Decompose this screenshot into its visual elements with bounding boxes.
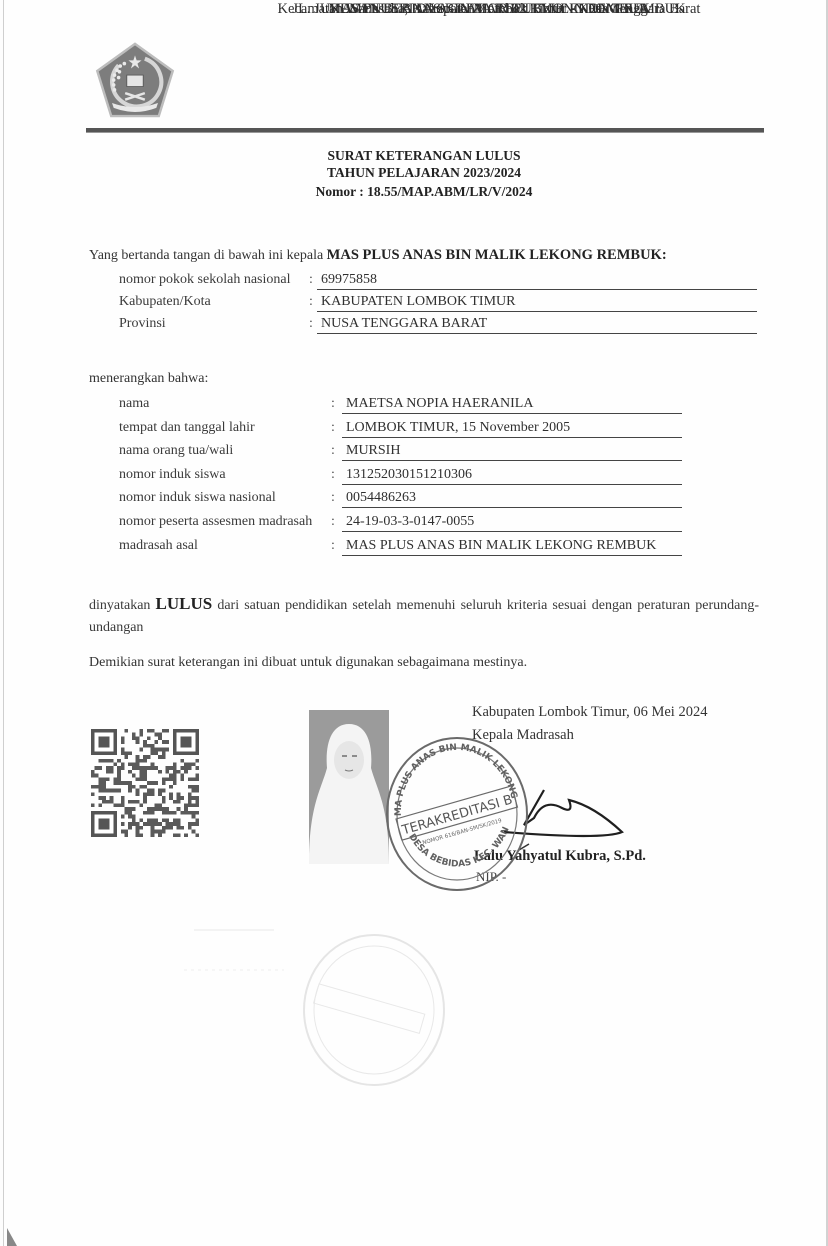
field-value: 24-19-03-3-0147-0055 [342, 514, 474, 530]
field-label: nama orang tua/wali [119, 443, 233, 459]
intro-school-name: MAS PLUS ANAS BIN MALIK LEKONG REMBUK: [327, 247, 667, 263]
field-label: Kabupaten/Kota [119, 294, 211, 310]
document-title: SURAT KETERANGAN LULUS [244, 148, 604, 164]
certificate-page: KEMENTERIAN AGAMA REPUBLIK INDONESIA MAS… [3, 0, 828, 1246]
field-value: 69975858 [317, 272, 377, 288]
academic-year: TAHUN PELAJARAN 2023/2024 [244, 165, 604, 181]
school-region: Kecamatan Wanasaba, Kabupaten Lombok Tim… [234, 0, 744, 19]
field-value: MURSIH [342, 443, 400, 459]
field-label: Provinsi [119, 316, 166, 332]
graduation-status: LULUS [156, 594, 213, 613]
field-colon: : [309, 294, 313, 310]
field-underline [342, 507, 682, 508]
field-underline [342, 555, 682, 556]
closing-statement: Demikian surat keterangan ini dibuat unt… [89, 654, 527, 672]
field-underline [342, 531, 682, 532]
field-label: madrasah asal [119, 538, 198, 554]
field-label: nomor peserta assesmen madrasah [119, 514, 312, 530]
student-intro: menerangkan bahwa: [89, 370, 208, 388]
ministry-emblem-icon [94, 40, 176, 120]
document-number: Nomor : 18.55/MAP.ABM/LR/V/2024 [244, 184, 604, 200]
field-label: nomor induk siswa nasional [119, 490, 276, 506]
field-label: nama [119, 396, 149, 412]
field-colon: : [309, 272, 313, 288]
student-portrait-icon [309, 710, 389, 864]
field-underline [317, 289, 757, 290]
field-value: NUSA TENGGARA BARAT [317, 316, 487, 332]
field-value: LOMBOK TIMUR, 15 November 2005 [342, 420, 570, 436]
field-label: tempat dan tanggal lahir [119, 420, 255, 436]
field-colon: : [331, 443, 335, 459]
field-underline [342, 460, 682, 461]
intro-text: Yang bertanda tangan di bawah ini kepala [89, 248, 323, 263]
school-intro: Yang bertanda tangan di bawah ini kepala… [89, 246, 667, 265]
field-colon: : [331, 467, 335, 483]
field-label: nomor induk siswa [119, 467, 226, 483]
field-value: KABUPATEN LOMBOK TIMUR [317, 294, 515, 310]
field-underline [342, 437, 682, 438]
field-underline [317, 333, 757, 334]
field-label: nomor pokok sekolah nasional [119, 272, 290, 288]
field-colon: : [331, 490, 335, 506]
field-underline [342, 413, 682, 414]
field-colon: : [331, 514, 335, 530]
field-value: 131252030151210306 [342, 467, 472, 483]
field-value: MAS PLUS ANAS BIN MALIK LEKONG REMBUK [342, 538, 656, 554]
field-value: 0054486263 [342, 490, 416, 506]
show-through-stamp-icon [174, 910, 454, 1090]
page-corner-shadow [7, 1228, 17, 1246]
graduation-statement: dinyatakan LULUS dari satuan pendidikan … [89, 593, 759, 639]
header-divider [86, 128, 764, 133]
field-colon: : [331, 420, 335, 436]
statement-prefix: dinyatakan [89, 598, 150, 613]
school-stamp-icon: MA PLUS ANAS BIN MALIK LEKONG REMBUK DES… [379, 716, 529, 891]
field-colon: : [331, 538, 335, 554]
student-photo [309, 710, 389, 864]
field-colon: : [331, 396, 335, 412]
field-value: MAETSA NOPIA HAERANILA [342, 396, 533, 412]
field-underline [342, 484, 682, 485]
field-colon: : [309, 316, 313, 332]
qr-code-icon [91, 725, 199, 841]
field-underline [317, 311, 757, 312]
